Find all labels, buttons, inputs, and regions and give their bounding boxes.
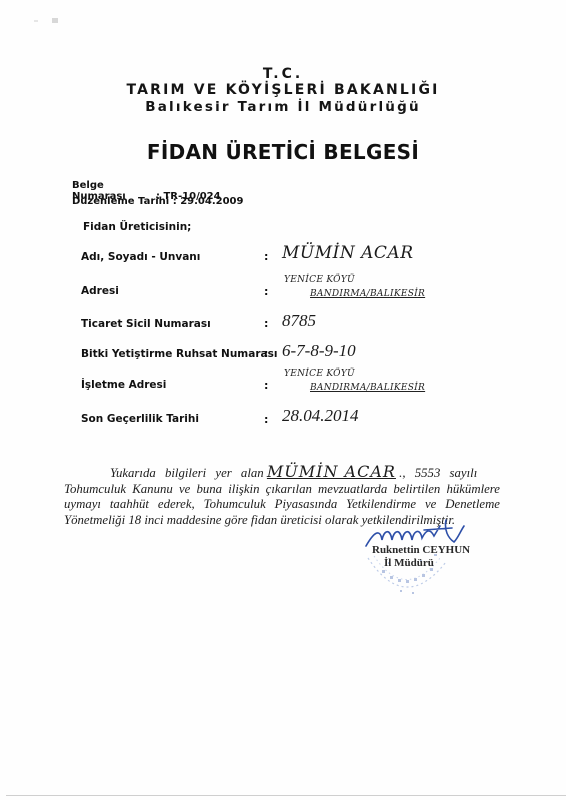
document-title: FİDAN ÜRETİCİ BELGESİ [0, 140, 566, 164]
field-colon: : [264, 317, 268, 330]
issue-date-label: Düzenleme Tarihi [72, 196, 169, 207]
scan-edge-line [6, 795, 566, 796]
field-value-business-address: YENİCE KÖYÜ BANDIRMA/BALIKESİR [284, 369, 484, 399]
address-line-1: YENİCE KÖYÜ [284, 369, 355, 379]
statement-prefix: Yukarıda bilgileri yer alan [110, 466, 264, 480]
issue-date-value: : 29.04.2009 [173, 196, 244, 207]
field-colon: : [264, 379, 268, 392]
signatory-name: Ruknettin CEYHUN [372, 544, 470, 556]
header-country: T.C. [0, 66, 566, 82]
field-value-address: YENİCE KÖYÜ BANDIRMA/BALIKESİR [284, 275, 484, 305]
address-line-1: YENİCE KÖYÜ [284, 275, 355, 285]
signatory-title: İl Müdürü [372, 557, 470, 570]
field-label-expiry-date: Son Geçerlilik Tarihi [81, 413, 199, 425]
field-colon: : [264, 413, 268, 426]
address-line-2: BANDIRMA/BALIKESİR [310, 383, 425, 393]
statement-name: MÜMİN ACAR [267, 462, 396, 481]
field-value-license-number: 6-7-8-9-10 [282, 341, 356, 361]
field-value-expiry-date: 28.04.2014 [282, 406, 359, 426]
field-label-name: Adı, Soyadı - Unvanı [81, 251, 200, 263]
address-line-2: BANDIRMA/BALIKESİR [310, 289, 425, 299]
certificate-page: T.C. TARIM VE KÖYİŞLERİ BAKANLIĞI Balıke… [0, 0, 566, 800]
field-value-name: MÜMİN ACAR [282, 243, 414, 263]
field-label-business-address: İşletme Adresi [81, 379, 166, 391]
field-label-address: Adresi [81, 285, 119, 297]
field-colon: : [264, 250, 268, 263]
field-colon: : [264, 347, 268, 360]
producer-section-title: Fidan Üreticisinin; [83, 221, 191, 233]
signatory-block: Ruknettin CEYHUN İl Müdürü [372, 544, 470, 570]
field-label-license-number: Bitki Yetiştirme Ruhsat Numarası [81, 348, 277, 360]
field-value-trade-registry: 8785 [282, 311, 316, 331]
statement-suffix: ., 5553 sayılı [399, 466, 477, 480]
header-ministry: TARIM VE KÖYİŞLERİ BAKANLIĞI [0, 82, 566, 98]
header-directorate: Balıkesir Tarım İl Müdürlüğü [0, 99, 566, 115]
scan-artifact [34, 18, 60, 24]
field-colon: : [264, 285, 268, 298]
statement-line-1: Yukarıda bilgileri yer alan MÜMİN ACAR .… [64, 464, 500, 482]
field-label-trade-registry: Ticaret Sicil Numarası [81, 318, 211, 330]
issue-date-row: Düzenleme Tarihi : 29.04.2009 [72, 196, 243, 207]
